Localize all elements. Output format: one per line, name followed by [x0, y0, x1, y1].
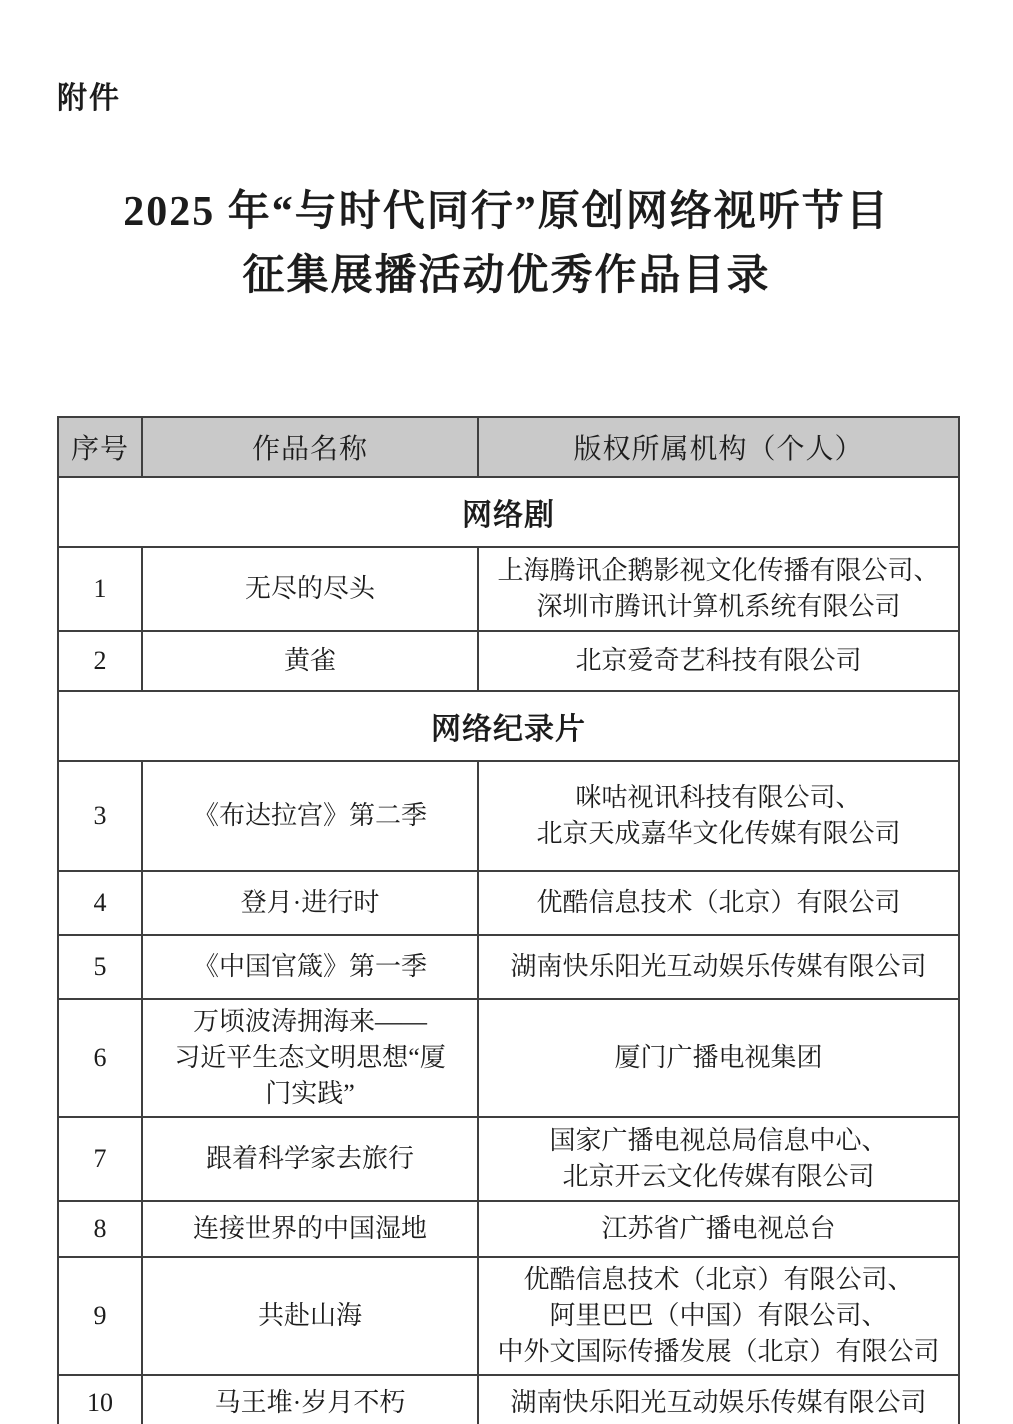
section-row-web-documentary: 网络纪录片 — [58, 691, 959, 761]
cell-org: 北京爱奇艺科技有限公司 — [478, 631, 959, 691]
table-row: 7跟着科学家去旅行国家广播电视总局信息中心、 北京开云文化传媒有限公司 — [58, 1117, 959, 1201]
section-label: 网络纪录片 — [58, 691, 959, 761]
cell-work: 连接世界的中国湿地 — [142, 1201, 478, 1257]
table-row: 4登月·进行时优酷信息技术（北京）有限公司 — [58, 871, 959, 935]
table-row: 9共赴山海优酷信息技术（北京）有限公司、 阿里巴巴（中国）有限公司、 中外文国际… — [58, 1257, 959, 1375]
cell-org: 优酷信息技术（北京）有限公司、 阿里巴巴（中国）有限公司、 中外文国际传播发展（… — [478, 1257, 959, 1375]
table-row: 8连接世界的中国湿地江苏省广播电视总台 — [58, 1201, 959, 1257]
document-page: 附件 2025 年“与时代同行”原创网络视听节目 征集展播活动优秀作品目录 序号… — [0, 0, 1013, 1424]
page-title: 2025 年“与时代同行”原创网络视听节目 征集展播活动优秀作品目录 — [0, 180, 1013, 308]
cell-work: 《中国官箴》第一季 — [142, 935, 478, 999]
cell-no: 8 — [58, 1201, 142, 1257]
cell-no: 9 — [58, 1257, 142, 1375]
table-row: 1无尽的尽头上海腾讯企鹅影视文化传播有限公司、 深圳市腾讯计算机系统有限公司 — [58, 547, 959, 631]
cell-work: 黄雀 — [142, 631, 478, 691]
cell-no: 7 — [58, 1117, 142, 1201]
header-cell-work: 作品名称 — [142, 417, 478, 477]
cell-no: 1 — [58, 547, 142, 631]
cell-no: 3 — [58, 761, 142, 871]
section-row-web-drama: 网络剧 — [58, 477, 959, 547]
cell-work: 登月·进行时 — [142, 871, 478, 935]
table-row: 6万顷波涛拥海来—— 习近平生态文明思想“厦 门实践”厦门广播电视集团 — [58, 999, 959, 1117]
cell-no: 4 — [58, 871, 142, 935]
works-table: 序号 作品名称 版权所属机构（个人） 网络剧1无尽的尽头上海腾讯企鹅影视文化传播… — [57, 416, 960, 1424]
table-row: 10马王堆·岁月不朽湖南快乐阳光互动娱乐传媒有限公司 — [58, 1375, 959, 1424]
cell-no: 2 — [58, 631, 142, 691]
header-cell-org: 版权所属机构（个人） — [478, 417, 959, 477]
table-header-row: 序号 作品名称 版权所属机构（个人） — [58, 417, 959, 477]
title-line-1: 2025 年“与时代同行”原创网络视听节目 — [123, 189, 890, 235]
cell-no: 6 — [58, 999, 142, 1117]
cell-org: 优酷信息技术（北京）有限公司 — [478, 871, 959, 935]
header-cell-no: 序号 — [58, 417, 142, 477]
cell-org: 湖南快乐阳光互动娱乐传媒有限公司 — [478, 935, 959, 999]
cell-org: 上海腾讯企鹅影视文化传播有限公司、 深圳市腾讯计算机系统有限公司 — [478, 547, 959, 631]
cell-work: 万顷波涛拥海来—— 习近平生态文明思想“厦 门实践” — [142, 999, 478, 1117]
cell-work: 无尽的尽头 — [142, 547, 478, 631]
attachment-label: 附件 — [57, 80, 1013, 118]
cell-work: 跟着科学家去旅行 — [142, 1117, 478, 1201]
table-row: 2黄雀北京爱奇艺科技有限公司 — [58, 631, 959, 691]
cell-work: 《布达拉宫》第二季 — [142, 761, 478, 871]
section-label: 网络剧 — [58, 477, 959, 547]
cell-org: 厦门广播电视集团 — [478, 999, 959, 1117]
cell-org: 湖南快乐阳光互动娱乐传媒有限公司 — [478, 1375, 959, 1424]
cell-org: 江苏省广播电视总台 — [478, 1201, 959, 1257]
title-line-2: 征集展播活动优秀作品目录 — [242, 253, 770, 299]
cell-no: 5 — [58, 935, 142, 999]
table-row: 3《布达拉宫》第二季咪咕视讯科技有限公司、 北京天成嘉华文化传媒有限公司 — [58, 761, 959, 871]
cell-work: 共赴山海 — [142, 1257, 478, 1375]
cell-work: 马王堆·岁月不朽 — [142, 1375, 478, 1424]
cell-org: 国家广播电视总局信息中心、 北京开云文化传媒有限公司 — [478, 1117, 959, 1201]
table-row: 5《中国官箴》第一季湖南快乐阳光互动娱乐传媒有限公司 — [58, 935, 959, 999]
cell-no: 10 — [58, 1375, 142, 1424]
cell-org: 咪咕视讯科技有限公司、 北京天成嘉华文化传媒有限公司 — [478, 761, 959, 871]
